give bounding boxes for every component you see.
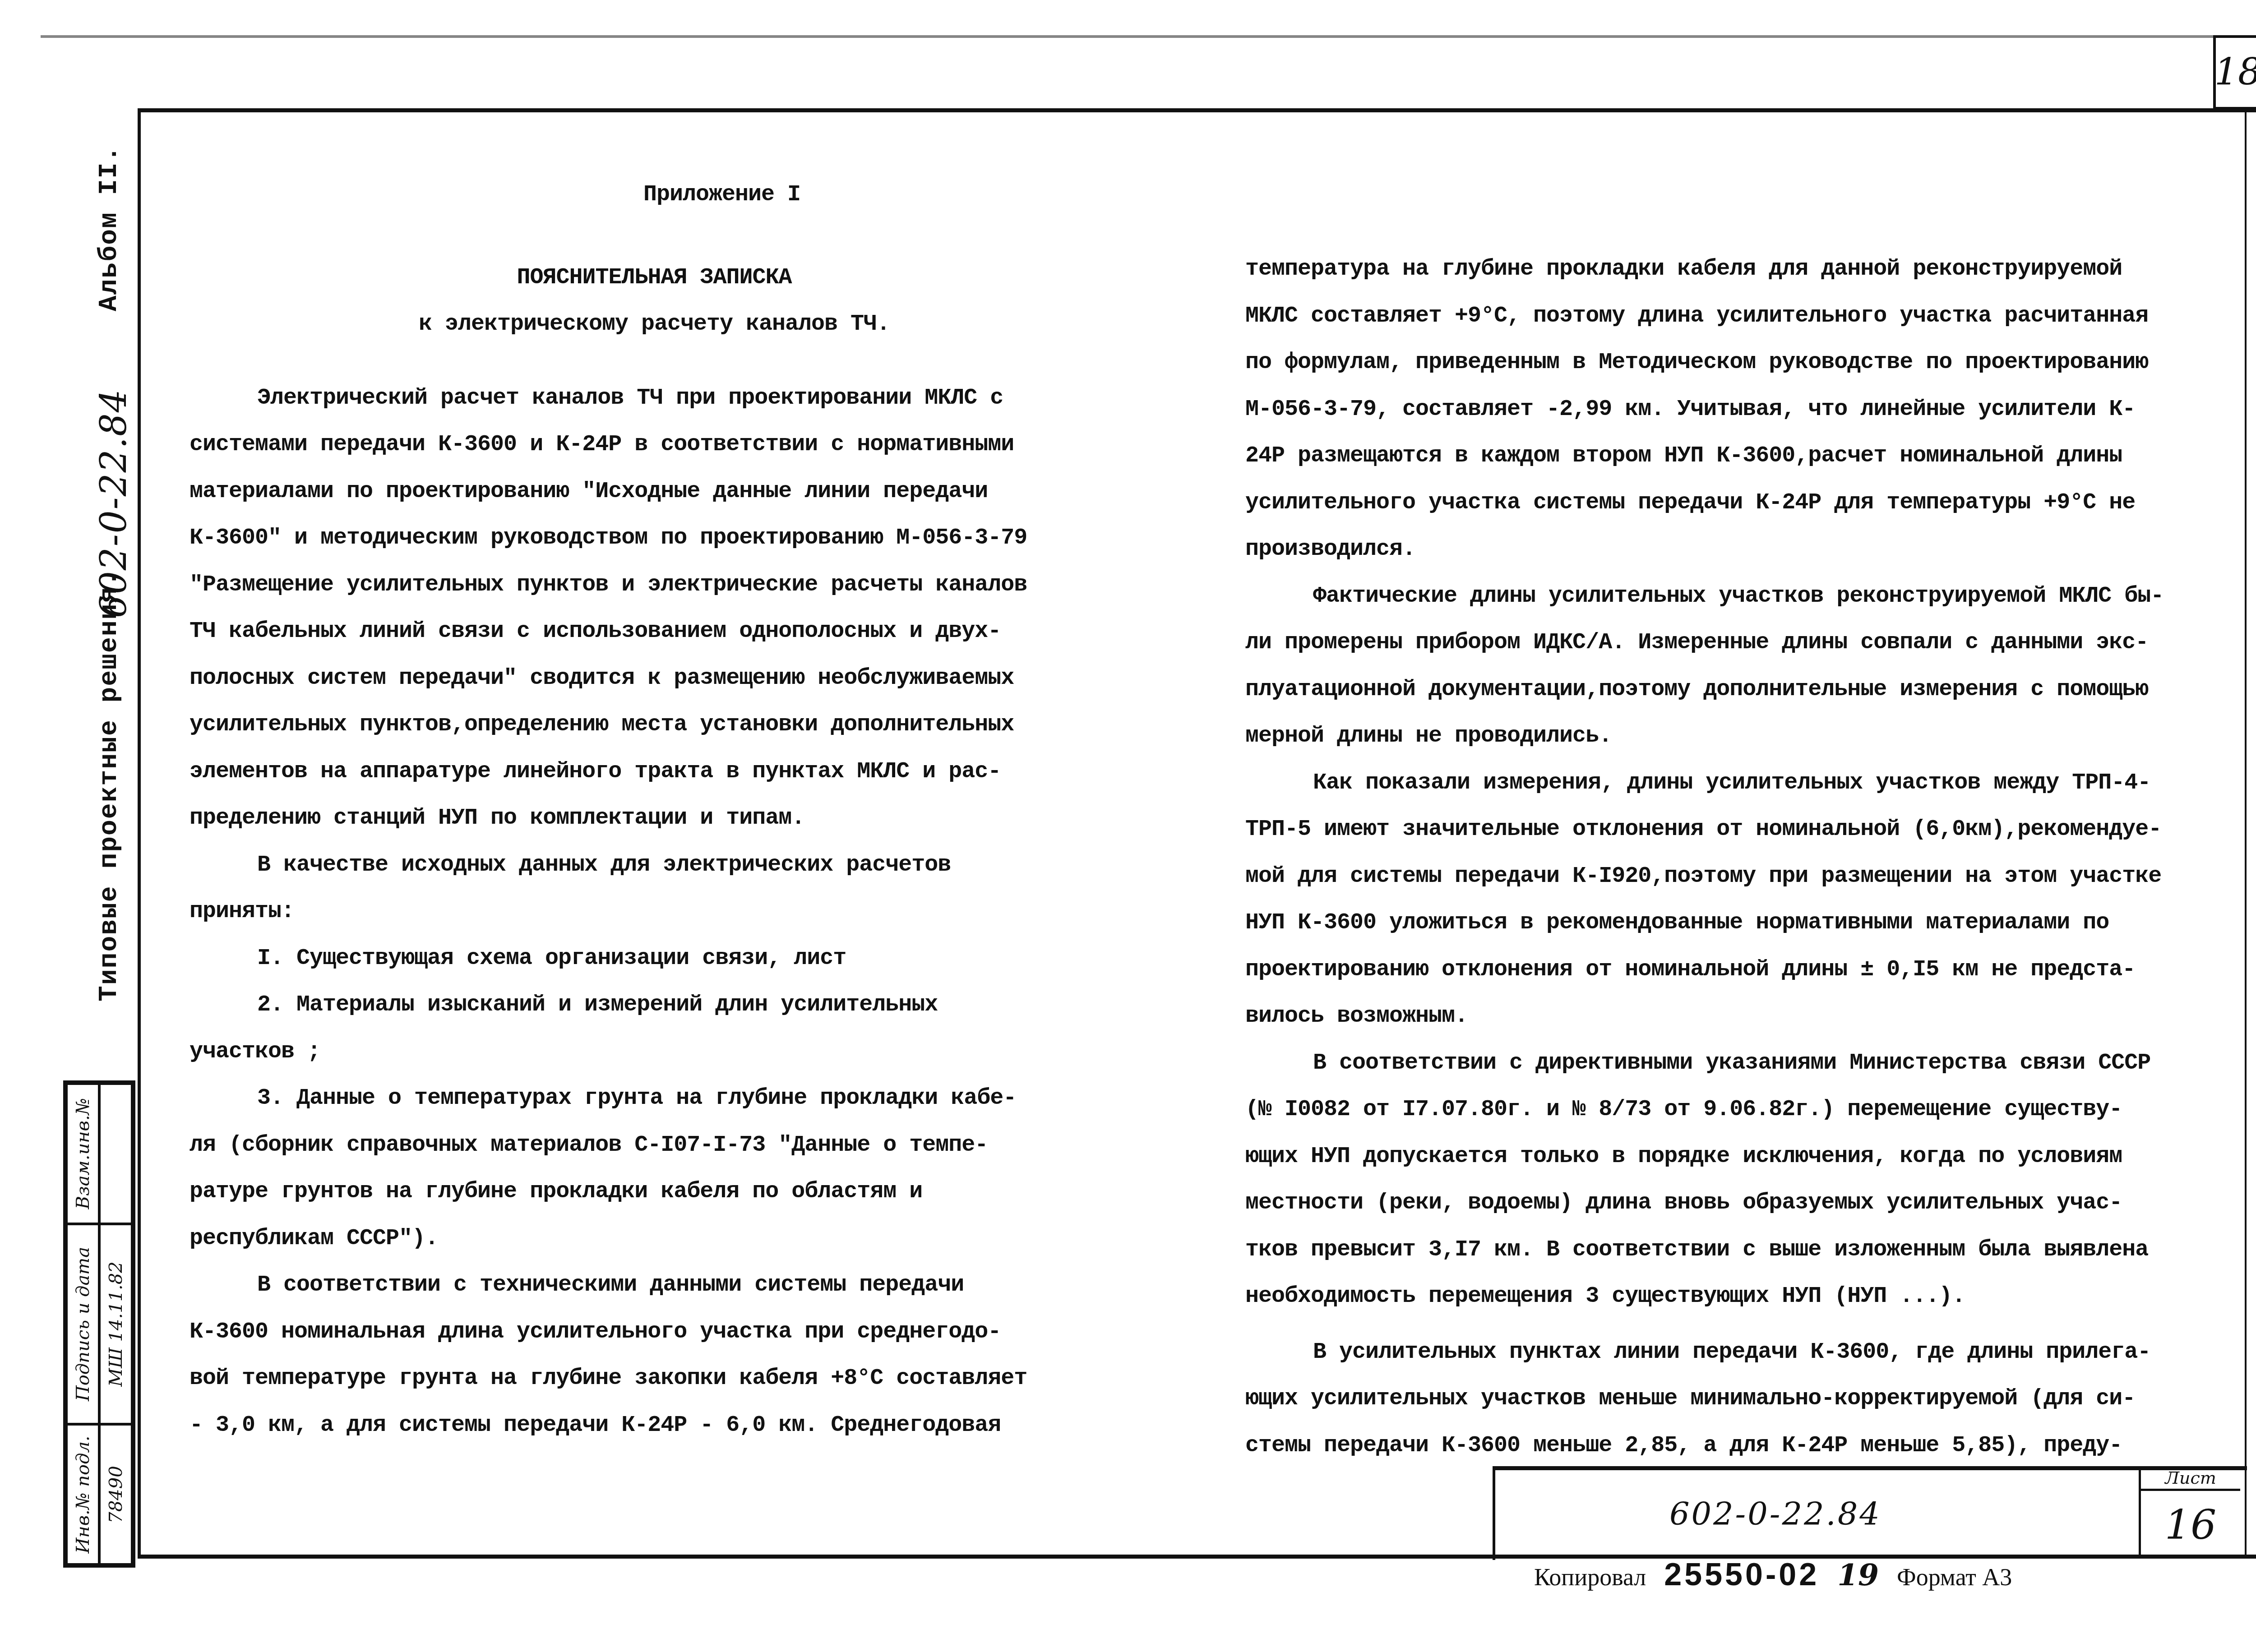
text-line: производился. (1245, 526, 2229, 573)
footer: Копировал 25550-02 19 Формат А3 (1534, 1556, 2012, 1592)
stamp-value-replaced (99, 1084, 132, 1224)
title-block-sheet-label: Лист (2139, 1468, 2240, 1491)
text-line: плуатационной документации,поэтому допол… (1245, 666, 2229, 713)
right-column: температура на глубине прокладки кабеля … (1245, 246, 2229, 1469)
text-line: 24Р размещаются в каждом втором НУП К-36… (1245, 433, 2229, 480)
text-line: ли промерены прибором ИДКС/А. Измеренные… (1245, 619, 2229, 666)
text-line: МКЛС составляет +9°С, поэтому длина усил… (1245, 293, 2229, 340)
text-line: Фактические длины усилительных участков … (1245, 573, 2229, 620)
handwritten-number: 19 (1837, 1557, 1879, 1592)
text-line: усилительных пунктов,определению места у… (190, 701, 1119, 748)
order-number: 25550-02 (1664, 1556, 1819, 1592)
text-line: температура на глубине прокладки кабеля … (1245, 246, 2229, 293)
stamp-label-inventory: Инв.№ подл. (66, 1424, 99, 1564)
text-line: К-3600" и методическим руководством по п… (190, 515, 1119, 562)
text-line: - 3,0 км, а для системы передачи К-24Р -… (190, 1402, 1119, 1449)
left-column: Приложение I ПОЯСНИТЕЛЬНАЯ ЗАПИСКА к эле… (190, 171, 1119, 1449)
text-line: ющих НУП допускается только в порядке ис… (1245, 1133, 2229, 1180)
text-line: (№ I0082 от I7.07.80г. и № 8/73 от 9.06.… (1245, 1086, 2229, 1133)
title-block-document-code: 602-0-22.84 (1669, 1495, 1882, 1532)
title-block-sheet-number: 16 (2139, 1491, 2240, 1559)
top-sheet-number: 18 (2213, 35, 2256, 110)
text-line: вой температуре грунта на глубине закопк… (190, 1355, 1119, 1402)
text-line: необходимость перемещения 3 существующих… (1245, 1273, 2229, 1320)
series-label: Типовые проектные решения. (95, 570, 124, 1001)
document-title: ПОЯСНИТЕЛЬНАЯ ЗАПИСКА (190, 254, 1119, 301)
text-line: ТРП-5 имеют значительные отклонения от н… (1245, 806, 2229, 853)
stamp-label-signature: Подпись и дата (66, 1224, 99, 1424)
text-line: ратуре грунтов на глубине прокладки кабе… (190, 1168, 1119, 1215)
list-item: 2. Материалы изысканий и измерений длин … (190, 982, 1119, 1029)
text-line: местности (реки, водоемы) длина вновь об… (1245, 1180, 2229, 1227)
document-subtitle: к электрическому расчету каналов ТЧ. (190, 301, 1119, 348)
text-line: вилось возможным. (1245, 993, 2229, 1040)
text-line: системами передачи К-3600 и К-24Р в соот… (190, 421, 1119, 468)
stamp-value-inventory: 78490 (99, 1424, 132, 1564)
stamp-value-signature: МШ 14.11.82 (99, 1224, 132, 1424)
text-line: усилительного участка системы передачи К… (1245, 480, 2229, 526)
text-line: ТЧ кабельных линий связи с использование… (190, 608, 1119, 655)
text-line: приняты: (190, 888, 1119, 935)
copied-by-label: Копировал (1534, 1563, 1646, 1591)
text-line: ющих усилительных участков меньше минима… (1245, 1375, 2229, 1422)
text-line: В качестве исходных данных для электриче… (190, 842, 1119, 889)
scan-edge-line (41, 35, 2256, 38)
stamp-label-replaced: Взам.инв.№ (66, 1084, 99, 1224)
text-line: Как показали измерения, длины усилительн… (1245, 760, 2229, 807)
list-item: 3. Данные о температурах грунта на глуби… (190, 1075, 1119, 1122)
text-line: К-3600 номинальная длина усилительного у… (190, 1309, 1119, 1356)
frame-right-rule (2245, 108, 2247, 1559)
text-line: В соответствии с техническими данными си… (190, 1262, 1119, 1309)
archive-stamp-table: Взам.инв.№ Подпись и дата МШ 14.11.82 Ин… (63, 1080, 135, 1568)
text-line: ля (сборник справочных материалов С-I07-… (190, 1122, 1119, 1169)
appendix-label: Приложение I (190, 171, 1119, 218)
text-line: мой для системы передачи К-I920,поэтому … (1245, 853, 2229, 900)
text-line: республикам СССР"). (190, 1215, 1119, 1262)
text-line: мерной длины не проводились. (1245, 713, 2229, 760)
album-label: Альбом II. (95, 145, 124, 311)
list-item: I. Существующая схема организации связи,… (190, 935, 1119, 982)
text-line: "Размещение усилительных пунктов и элект… (190, 562, 1119, 609)
text-line: тков превысит 3,I7 км. В соответствии с … (1245, 1227, 2229, 1274)
text-line: полосных систем передачи" сводится к раз… (190, 655, 1119, 702)
format-label: Формат А3 (1897, 1563, 2012, 1591)
text-line: по формулам, приведенным в Методическом … (1245, 339, 2229, 386)
text-line: участков ; (190, 1029, 1119, 1075)
text-line: материалами по проектированию "Исходные … (190, 468, 1119, 515)
text-line: М-056-3-79, составляет -2,99 км. Учитыва… (1245, 386, 2229, 433)
text-line: В соответствии с директивными указаниями… (1245, 1040, 2229, 1087)
text-line: стемы передачи К-3600 меньше 2,85, а для… (1245, 1422, 2229, 1469)
text-line: пределению станций НУП по комплектации и… (190, 795, 1119, 842)
text-line: проектированию отклонения от номинальной… (1245, 946, 2229, 993)
text-line: НУП К-3600 уложиться в рекомендованные н… (1245, 900, 2229, 946)
text-line: В усилительных пунктах линии передачи К-… (1245, 1329, 2229, 1376)
text-line: Электрический расчет каналов ТЧ при прое… (190, 375, 1119, 422)
text-line: элементов на аппаратуре линейного тракта… (190, 748, 1119, 795)
